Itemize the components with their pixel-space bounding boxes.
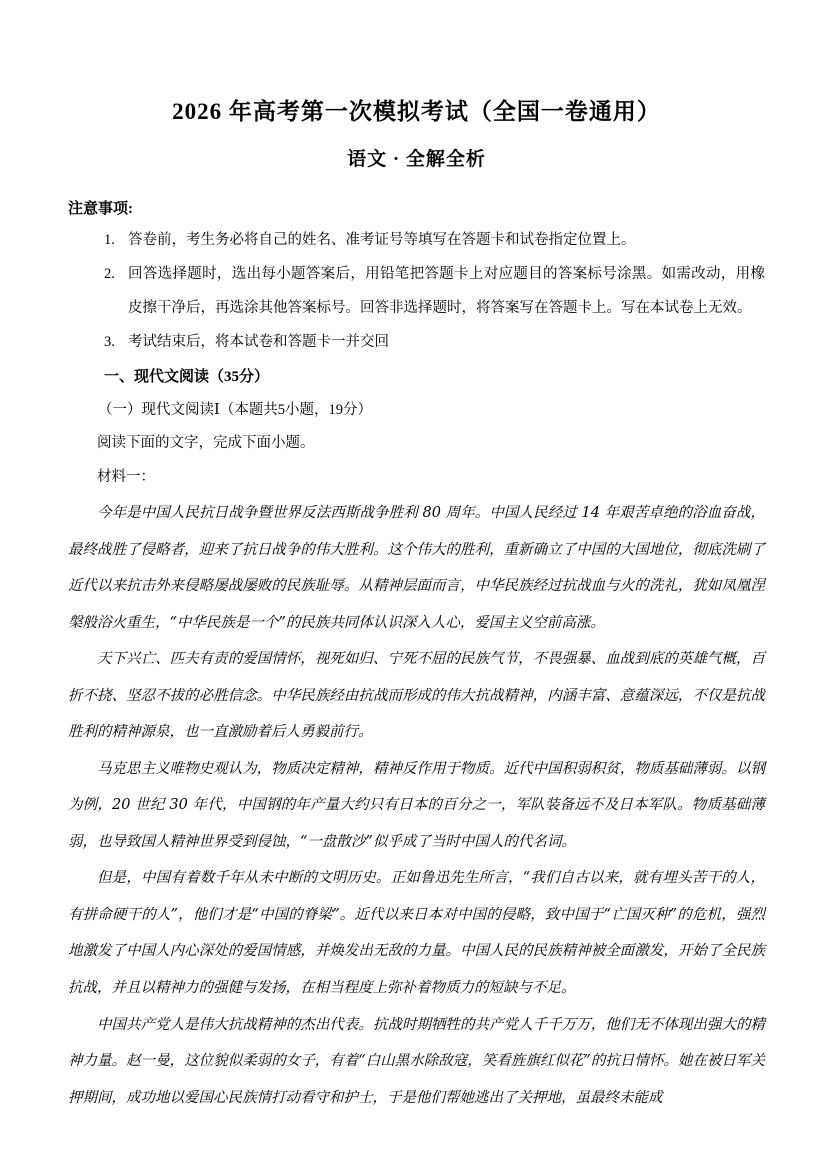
material-paragraph-2: 天下兴亡、匹夫有责的爱国情怀，视死如归、宁死不屈的民族气节，不畏强暴、血战到底的… <box>68 641 765 751</box>
notice-item-2-text: 回答选择题时，选出每小题答案后，用铅笔把答题卡上对应题目的答案标号涂黑。如需改动… <box>128 258 765 326</box>
notice-item-2-number: 2. <box>104 258 128 326</box>
notice-heading: 注意事项: <box>68 199 765 220</box>
material-paragraph-4: 但是，中国有着数千年从未中断的文明历史。正如鲁迅先生所言，“我们自古以来，就有埋… <box>68 860 765 1006</box>
notice-item-3: 3. 考试结束后，将本试卷和答题卡一并交回 <box>104 326 765 360</box>
material-paragraph-1: 今年是中国人民抗日战争暨世界反法西斯战争胜利 80 周年。中国人民经过 14 年… <box>68 495 765 641</box>
material-paragraph-3: 马克思主义唯物史观认为，物质决定精神，精神反作用于物质。近代中国积弱积贫，物质基… <box>68 751 765 861</box>
notice-item-1-number: 1. <box>104 224 128 258</box>
notice-item-1: 1. 答卷前，考生务必将自己的姓名、准考证号等填写在答题卡和试卷指定位置上。 <box>104 224 765 258</box>
section-heading-modern-reading: 一、现代文阅读（35分） <box>104 362 765 394</box>
exam-subtitle: 语文 · 全解全析 <box>68 148 765 173</box>
material-one-label: 材料一： <box>68 460 765 495</box>
material-paragraph-5: 中国共产党人是伟大抗战精神的杰出代表。抗战时期牺牲的共产党人千千万万，他们无不体… <box>68 1007 765 1117</box>
exam-paper-page: 2026 年高考第一次模拟考试（全国一卷通用） 语文 · 全解全析 注意事项: … <box>0 0 827 1169</box>
notice-list: 1. 答卷前，考生务必将自己的姓名、准考证号等填写在答题卡和试卷指定位置上。 2… <box>68 224 765 360</box>
section-subheading-reading-1: （一）现代文阅读Ⅰ（本题共5小题，19分） <box>98 395 765 425</box>
exam-title: 2026 年高考第一次模拟考试（全国一卷通用） <box>68 96 765 128</box>
notice-item-2: 2. 回答选择题时，选出每小题答案后，用铅笔把答题卡上对应题目的答案标号涂黑。如… <box>104 258 765 326</box>
notice-item-1-text: 答卷前，考生务必将自己的姓名、准考证号等填写在答题卡和试卷指定位置上。 <box>128 224 765 258</box>
reading-instruction: 阅读下面的文字，完成下面小题。 <box>68 426 765 461</box>
notice-item-3-number: 3. <box>104 326 128 360</box>
notice-item-3-text: 考试结束后，将本试卷和答题卡一并交回 <box>128 326 765 360</box>
